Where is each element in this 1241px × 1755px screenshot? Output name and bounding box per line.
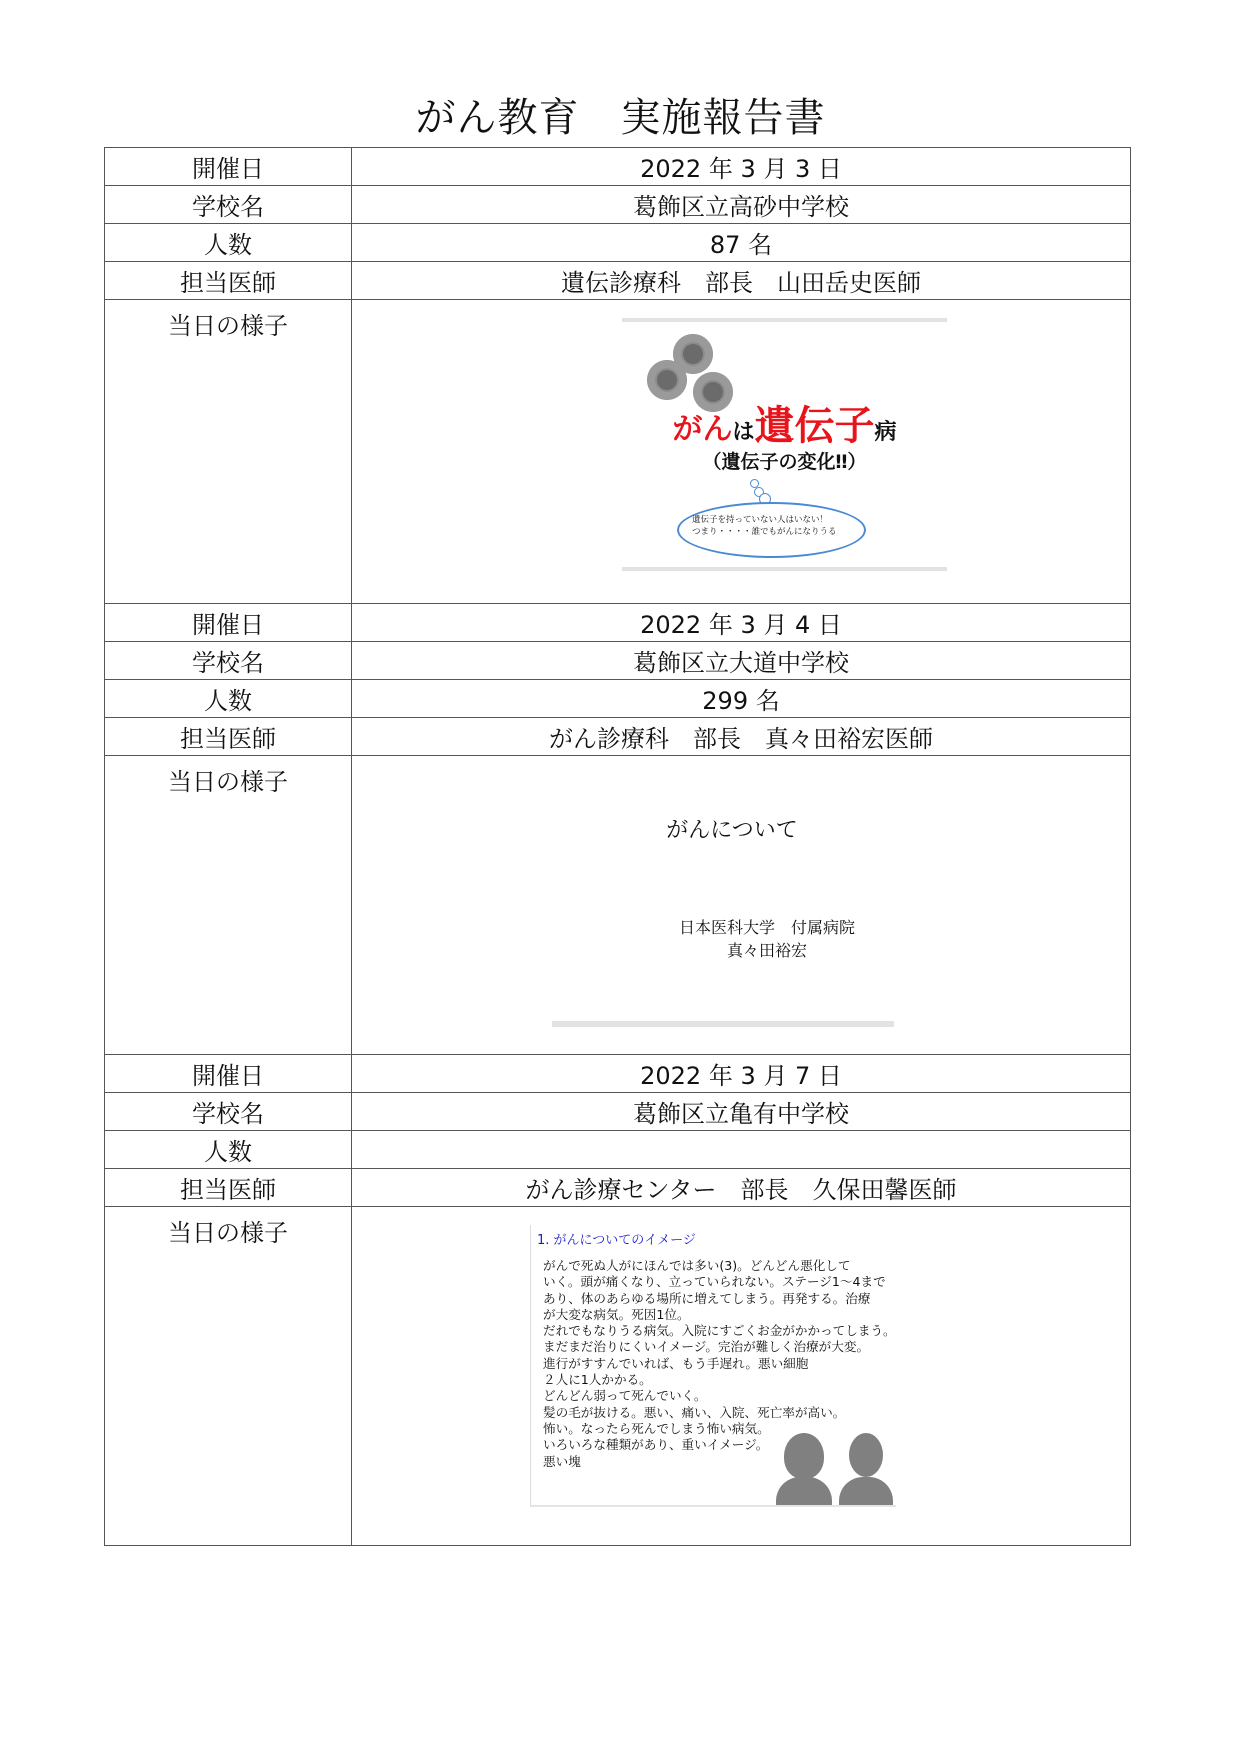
- cloud-text: 遺伝子を持っていない人はいない！ つまり・・・・誰でもがんになりうる: [692, 514, 862, 538]
- report-3-date-row: 開催日 2022 年 3 月 7 日: [105, 1055, 1131, 1093]
- label-date: 開催日: [105, 148, 352, 186]
- report-2-doctor: がん診療科 部長 真々田裕宏医師: [352, 718, 1131, 756]
- report-2-school: 葛飾区立大道中学校: [352, 642, 1131, 680]
- label-attendees: 人数: [105, 680, 352, 718]
- label-school: 学校名: [105, 1093, 352, 1131]
- label-scene: 当日の様子: [105, 756, 352, 1055]
- report-1-doctor-row: 担当医師 遺伝診療科 部長 山田岳史医師: [105, 262, 1131, 300]
- report-1-attendees: 87 名: [352, 224, 1131, 262]
- slide-subtitle: （遺伝子の変化‼）: [622, 447, 947, 474]
- report-3-scene-row: 当日の様子 1. がんについてのイメージ がんで死ぬ人がにほんでは多い(3)。ど…: [105, 1207, 1131, 1546]
- label-doctor: 担当医師: [105, 718, 352, 756]
- label-scene: 当日の様子: [105, 300, 352, 604]
- report-2-scene-row: 当日の様子 がんについて 日本医科大学 付属病院 真々田裕宏: [105, 756, 1131, 1055]
- document-title: がん教育 実施報告書: [0, 86, 1241, 143]
- report-table: 開催日 2022 年 3 月 3 日 学校名 葛飾区立高砂中学校 人数 87 名…: [104, 147, 1131, 1546]
- report-1-scene-row: 当日の様子 がんは遺伝子病 （遺伝子の変化‼）: [105, 300, 1131, 604]
- report-1-scene-photo: がんは遺伝子病 （遺伝子の変化‼） 遺伝子を持っていない人はいない！ つまり・・…: [352, 300, 1131, 604]
- report-3-school-row: 学校名 葛飾区立亀有中学校: [105, 1093, 1131, 1131]
- slide-about-cancer: がんについて 日本医科大学 付属病院 真々田裕宏: [532, 756, 932, 1046]
- slide-cancer-image: 1. がんについてのイメージ がんで死ぬ人がにほんでは多い(3)。どんどん悪化し…: [530, 1225, 896, 1507]
- report-1-date: 2022 年 3 月 3 日: [352, 148, 1131, 186]
- report-2-school-row: 学校名 葛飾区立大道中学校: [105, 642, 1131, 680]
- report-3-school: 葛飾区立亀有中学校: [352, 1093, 1131, 1131]
- report-2-attendees: 299 名: [352, 680, 1131, 718]
- report-3-doctor-row: 担当医師 がん診療センター 部長 久保田馨医師: [105, 1169, 1131, 1207]
- slide-divider: [552, 1021, 894, 1027]
- slide-headline: がんは遺伝子病: [622, 394, 947, 451]
- label-attendees: 人数: [105, 1131, 352, 1169]
- presenter-name: 真々田裕宏: [642, 939, 892, 962]
- report-1-school-row: 学校名 葛飾区立高砂中学校: [105, 186, 1131, 224]
- report-3-doctor: がん診療センター 部長 久保田馨医師: [352, 1169, 1131, 1207]
- label-date: 開催日: [105, 1055, 352, 1093]
- report-1-doctor: 遺伝診療科 部長 山田岳史医師: [352, 262, 1131, 300]
- slide-genetic-disease: がんは遺伝子病 （遺伝子の変化‼） 遺伝子を持っていない人はいない！ つまり・・…: [622, 318, 947, 571]
- label-doctor: 担当医師: [105, 262, 352, 300]
- report-3-scene-photo: 1. がんについてのイメージ がんで死ぬ人がにほんでは多い(3)。どんどん悪化し…: [352, 1207, 1131, 1546]
- slide-heading: 1. がんについてのイメージ: [537, 1229, 696, 1248]
- report-1-school: 葛飾区立高砂中学校: [352, 186, 1131, 224]
- report-1-attendees-row: 人数 87 名: [105, 224, 1131, 262]
- label-scene: 当日の様子: [105, 1207, 352, 1546]
- report-2-date-row: 開催日 2022 年 3 月 4 日: [105, 604, 1131, 642]
- report-2-date: 2022 年 3 月 4 日: [352, 604, 1131, 642]
- slide-title: がんについて: [532, 813, 932, 844]
- slide-presenter: 日本医科大学 付属病院 真々田裕宏: [642, 916, 892, 962]
- report-2-scene-photo: がんについて 日本医科大学 付属病院 真々田裕宏: [352, 756, 1131, 1055]
- label-school: 学校名: [105, 186, 352, 224]
- report-3-date: 2022 年 3 月 7 日: [352, 1055, 1131, 1093]
- report-3-attendees: [352, 1131, 1131, 1169]
- label-date: 開催日: [105, 604, 352, 642]
- report-3-attendees-row: 人数: [105, 1131, 1131, 1169]
- report-1-date-row: 開催日 2022 年 3 月 3 日: [105, 148, 1131, 186]
- slide-body: がんで死ぬ人がにほんでは多い(3)。どんどん悪化して いく。頭が痛くなり、立って…: [543, 1258, 903, 1470]
- label-doctor: 担当医師: [105, 1169, 352, 1207]
- report-2-attendees-row: 人数 299 名: [105, 680, 1131, 718]
- report-2-doctor-row: 担当医師 がん診療科 部長 真々田裕宏医師: [105, 718, 1131, 756]
- label-attendees: 人数: [105, 224, 352, 262]
- label-school: 学校名: [105, 642, 352, 680]
- presenter-org: 日本医科大学 付属病院: [642, 916, 892, 939]
